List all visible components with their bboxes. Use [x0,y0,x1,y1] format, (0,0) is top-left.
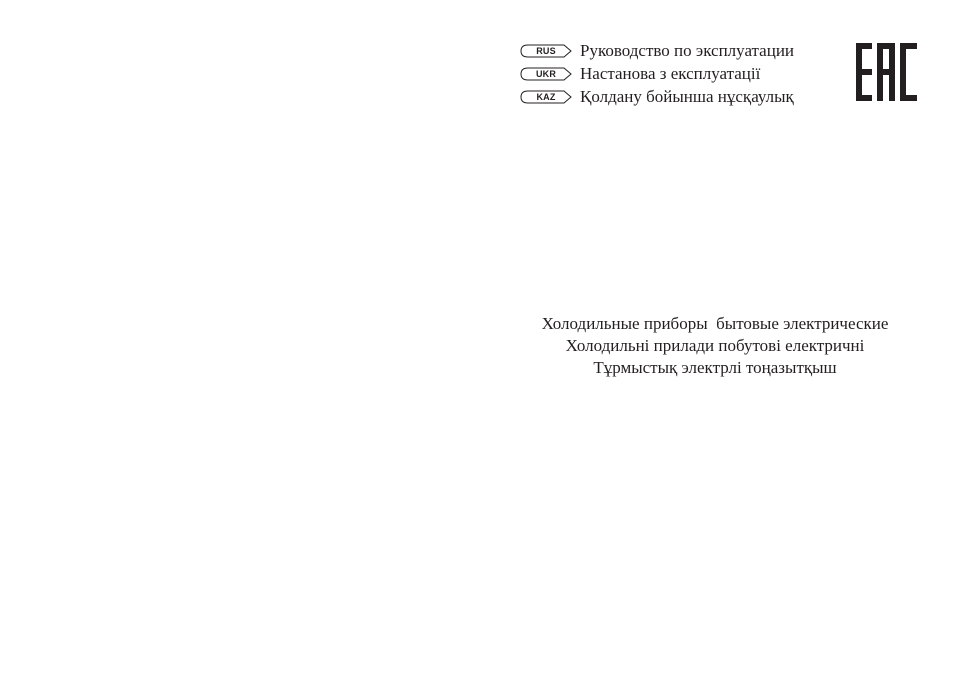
language-title-ukr: Настанова з експлуатації [580,64,760,84]
language-list: RUS Руководство по эксплуатации UKR Наст… [520,39,794,108]
language-row-kaz: KAZ Қолдану бойынша нұсқаулық [520,85,794,108]
language-row-ukr: UKR Настанова з експлуатації [520,62,794,85]
product-title-rus: Холодильные приборы бытовые электрически… [510,313,920,335]
language-row-rus: RUS Руководство по эксплуатации [520,39,794,62]
eac-mark-icon [856,43,917,101]
language-title-kaz: Қолдану бойынша нұсқаулық [580,87,794,107]
language-badge-rus: RUS [520,44,572,58]
language-title-rus: Руководство по эксплуатации [580,41,794,61]
language-badge-kaz: KAZ [520,90,572,104]
language-badge-ukr: UKR [520,67,572,81]
product-title-kaz: Тұрмыстық электрлі тоңазытқыш [510,357,920,379]
product-title-ukr: Холодильні прилади побутові електричні [510,335,920,357]
product-titles: Холодильные приборы бытовые электрически… [510,313,920,379]
